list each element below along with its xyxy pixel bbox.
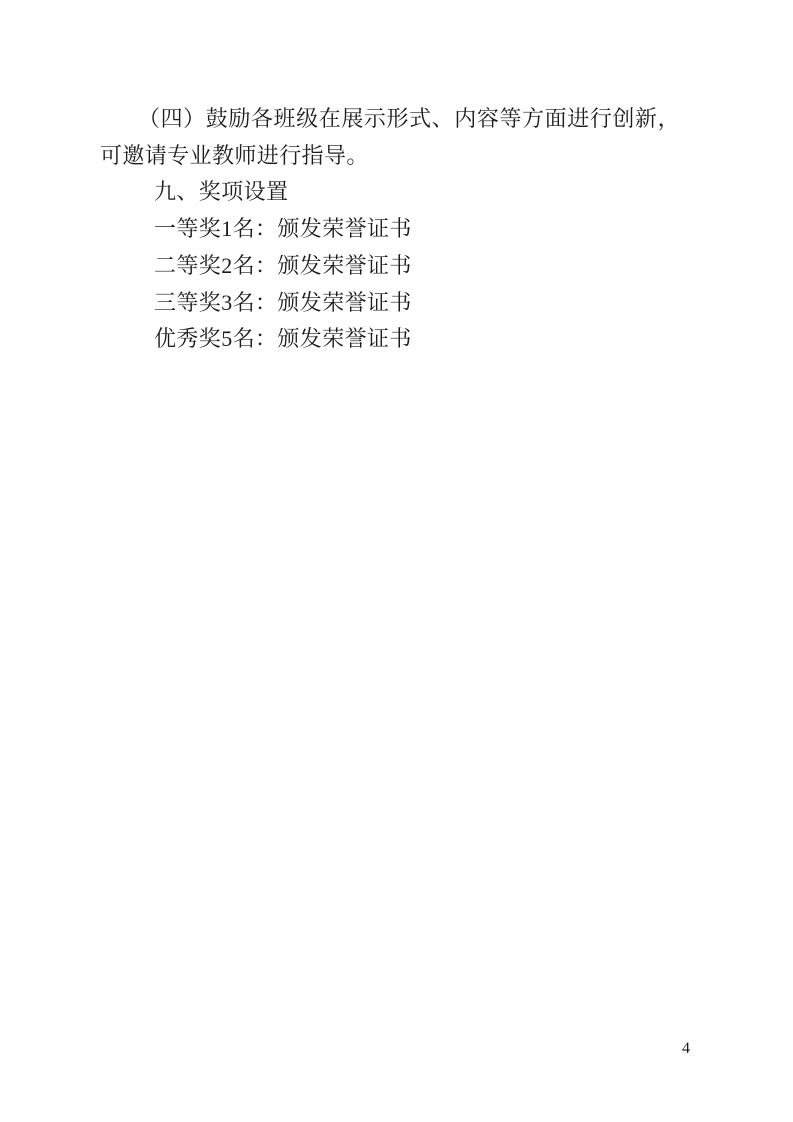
document-body: （四）鼓励各班级在展示形式、内容等方面进行创新，可邀请专业教师进行指导。 九、奖… — [100, 101, 680, 358]
page-footer: 4 — [682, 1041, 690, 1057]
award-second-prize: 二等奖2名：颁发荣誉证书 — [100, 248, 680, 285]
document-page: （四）鼓励各班级在展示形式、内容等方面进行创新，可邀请专业教师进行指导。 九、奖… — [0, 0, 793, 1122]
heading-awards-section: 九、奖项设置 — [100, 174, 680, 211]
page-number: 4 — [682, 1040, 690, 1057]
award-third-prize: 三等奖3名：颁发荣誉证书 — [100, 285, 680, 322]
award-first-prize: 一等奖1名：颁发荣誉证书 — [100, 211, 680, 248]
paragraph-item-four: （四）鼓励各班级在展示形式、内容等方面进行创新，可邀请专业教师进行指导。 — [100, 101, 680, 174]
award-excellence-prize: 优秀奖5名：颁发荣誉证书 — [100, 321, 680, 358]
